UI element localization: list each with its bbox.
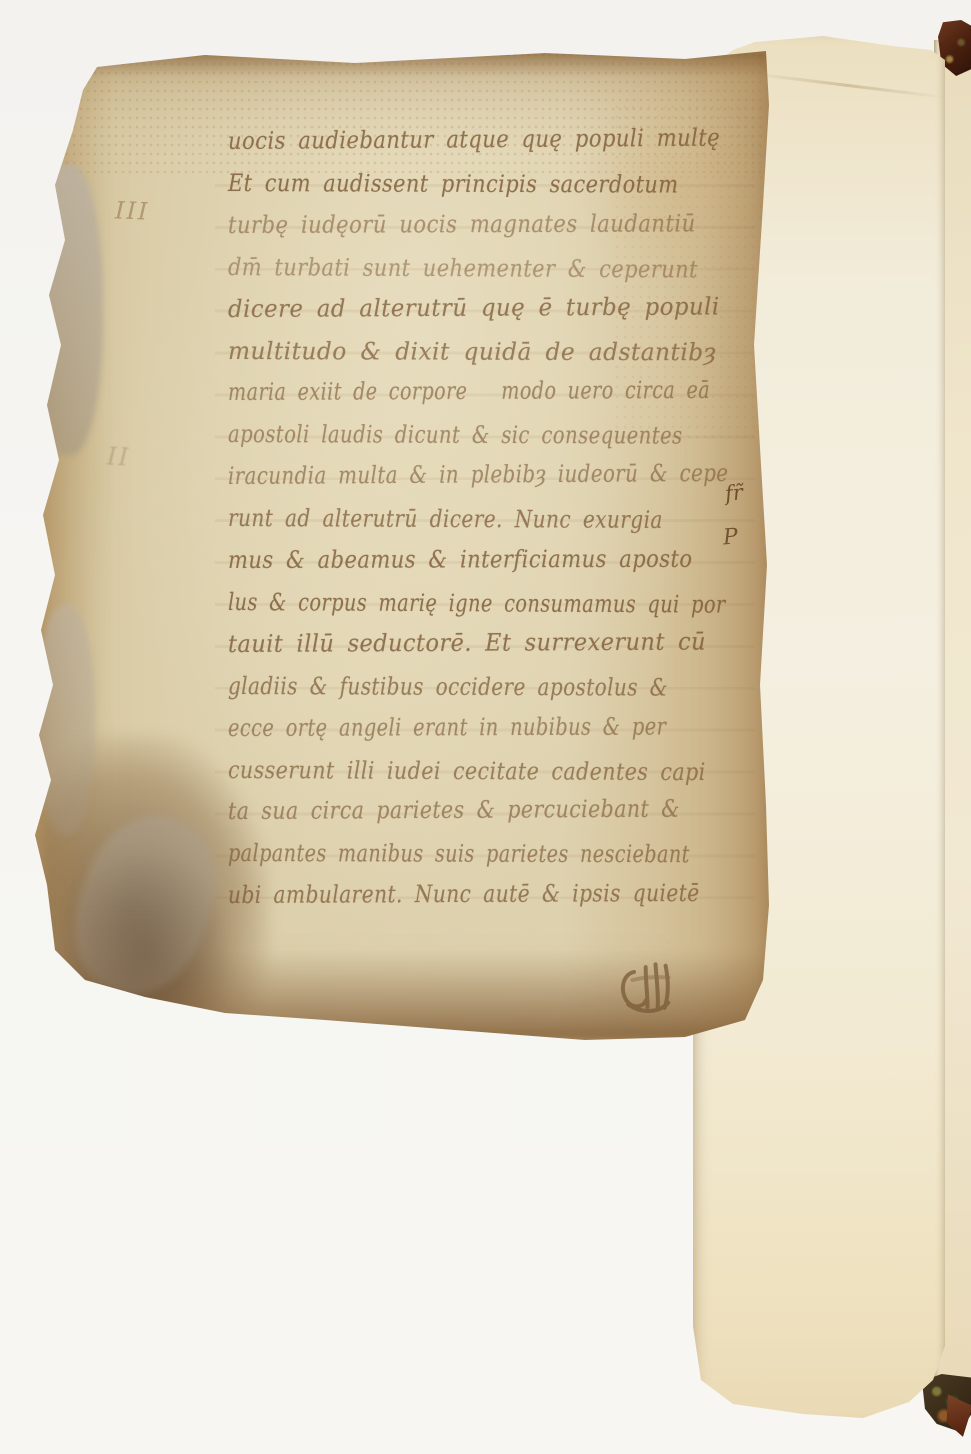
manuscript-text-line: runt ad alterutrū dicere. Nunc exurgia	[228, 504, 663, 534]
manuscript-text-line: Et cum audissent principis sacerdotum	[228, 169, 679, 199]
manuscript-text-line: tauit illū seductorē. Et surrexerunt cū	[228, 627, 706, 658]
parchment-leaf: III II uocis audiebantur atque quę popul…	[25, 45, 770, 1040]
manuscript-text-block: uocis audiebantur atque quę populi multę…	[25, 45, 770, 1040]
right-margin-note: fr̃	[724, 480, 744, 506]
manuscript-text-line: gladiis & fustibus occidere apostolus &	[228, 672, 668, 702]
manuscript-text-line: ubi ambularent. Nunc autē & ipsis quietē	[228, 879, 700, 909]
manuscript-text-line: iracundia multa & in plebibȝ iudeorū & c…	[228, 459, 729, 490]
manuscript-text-line: ecce ortę angeli erant in nubibus & per	[228, 712, 666, 742]
manuscript-photograph: III II uocis audiebantur atque quę popul…	[0, 0, 971, 1454]
manuscript-text-line: multitudo & dixit quidā de adstantibȝ	[228, 337, 716, 366]
manuscript-text-line: uocis audiebantur atque quę populi multę	[228, 124, 720, 155]
manuscript-text-line: maria exiit de corpore modo uero circa e…	[228, 376, 710, 406]
page-crease	[749, 72, 948, 99]
manuscript-text-line: palpantes manibus suis parietes nescieba…	[228, 839, 690, 868]
manuscript-text-line: dicere ad alterutrū quę ē turbę populi	[228, 292, 720, 323]
manuscript-text-line: apostoli laudis dicunt & sic consequente…	[228, 420, 683, 450]
manuscript-text-line: lus & corpus marię igne consumamus qui p…	[228, 588, 726, 619]
manuscript-text-line: cusserunt illi iudei cecitate cadentes c…	[228, 756, 706, 786]
manuscript-text-line: dm̄ turbati sunt uehementer & ceperunt	[228, 253, 698, 283]
quire-monogram-icon	[611, 955, 685, 1018]
manuscript-text-line: turbę iudęorū uocis magnates laudantiū	[228, 209, 696, 239]
manuscript-text-line: mus & abeamus & interficiamus aposto	[228, 545, 693, 574]
right-margin-note: P	[722, 525, 739, 551]
manuscript-text-line: ta sua circa parietes & percuciebant &	[228, 795, 680, 825]
